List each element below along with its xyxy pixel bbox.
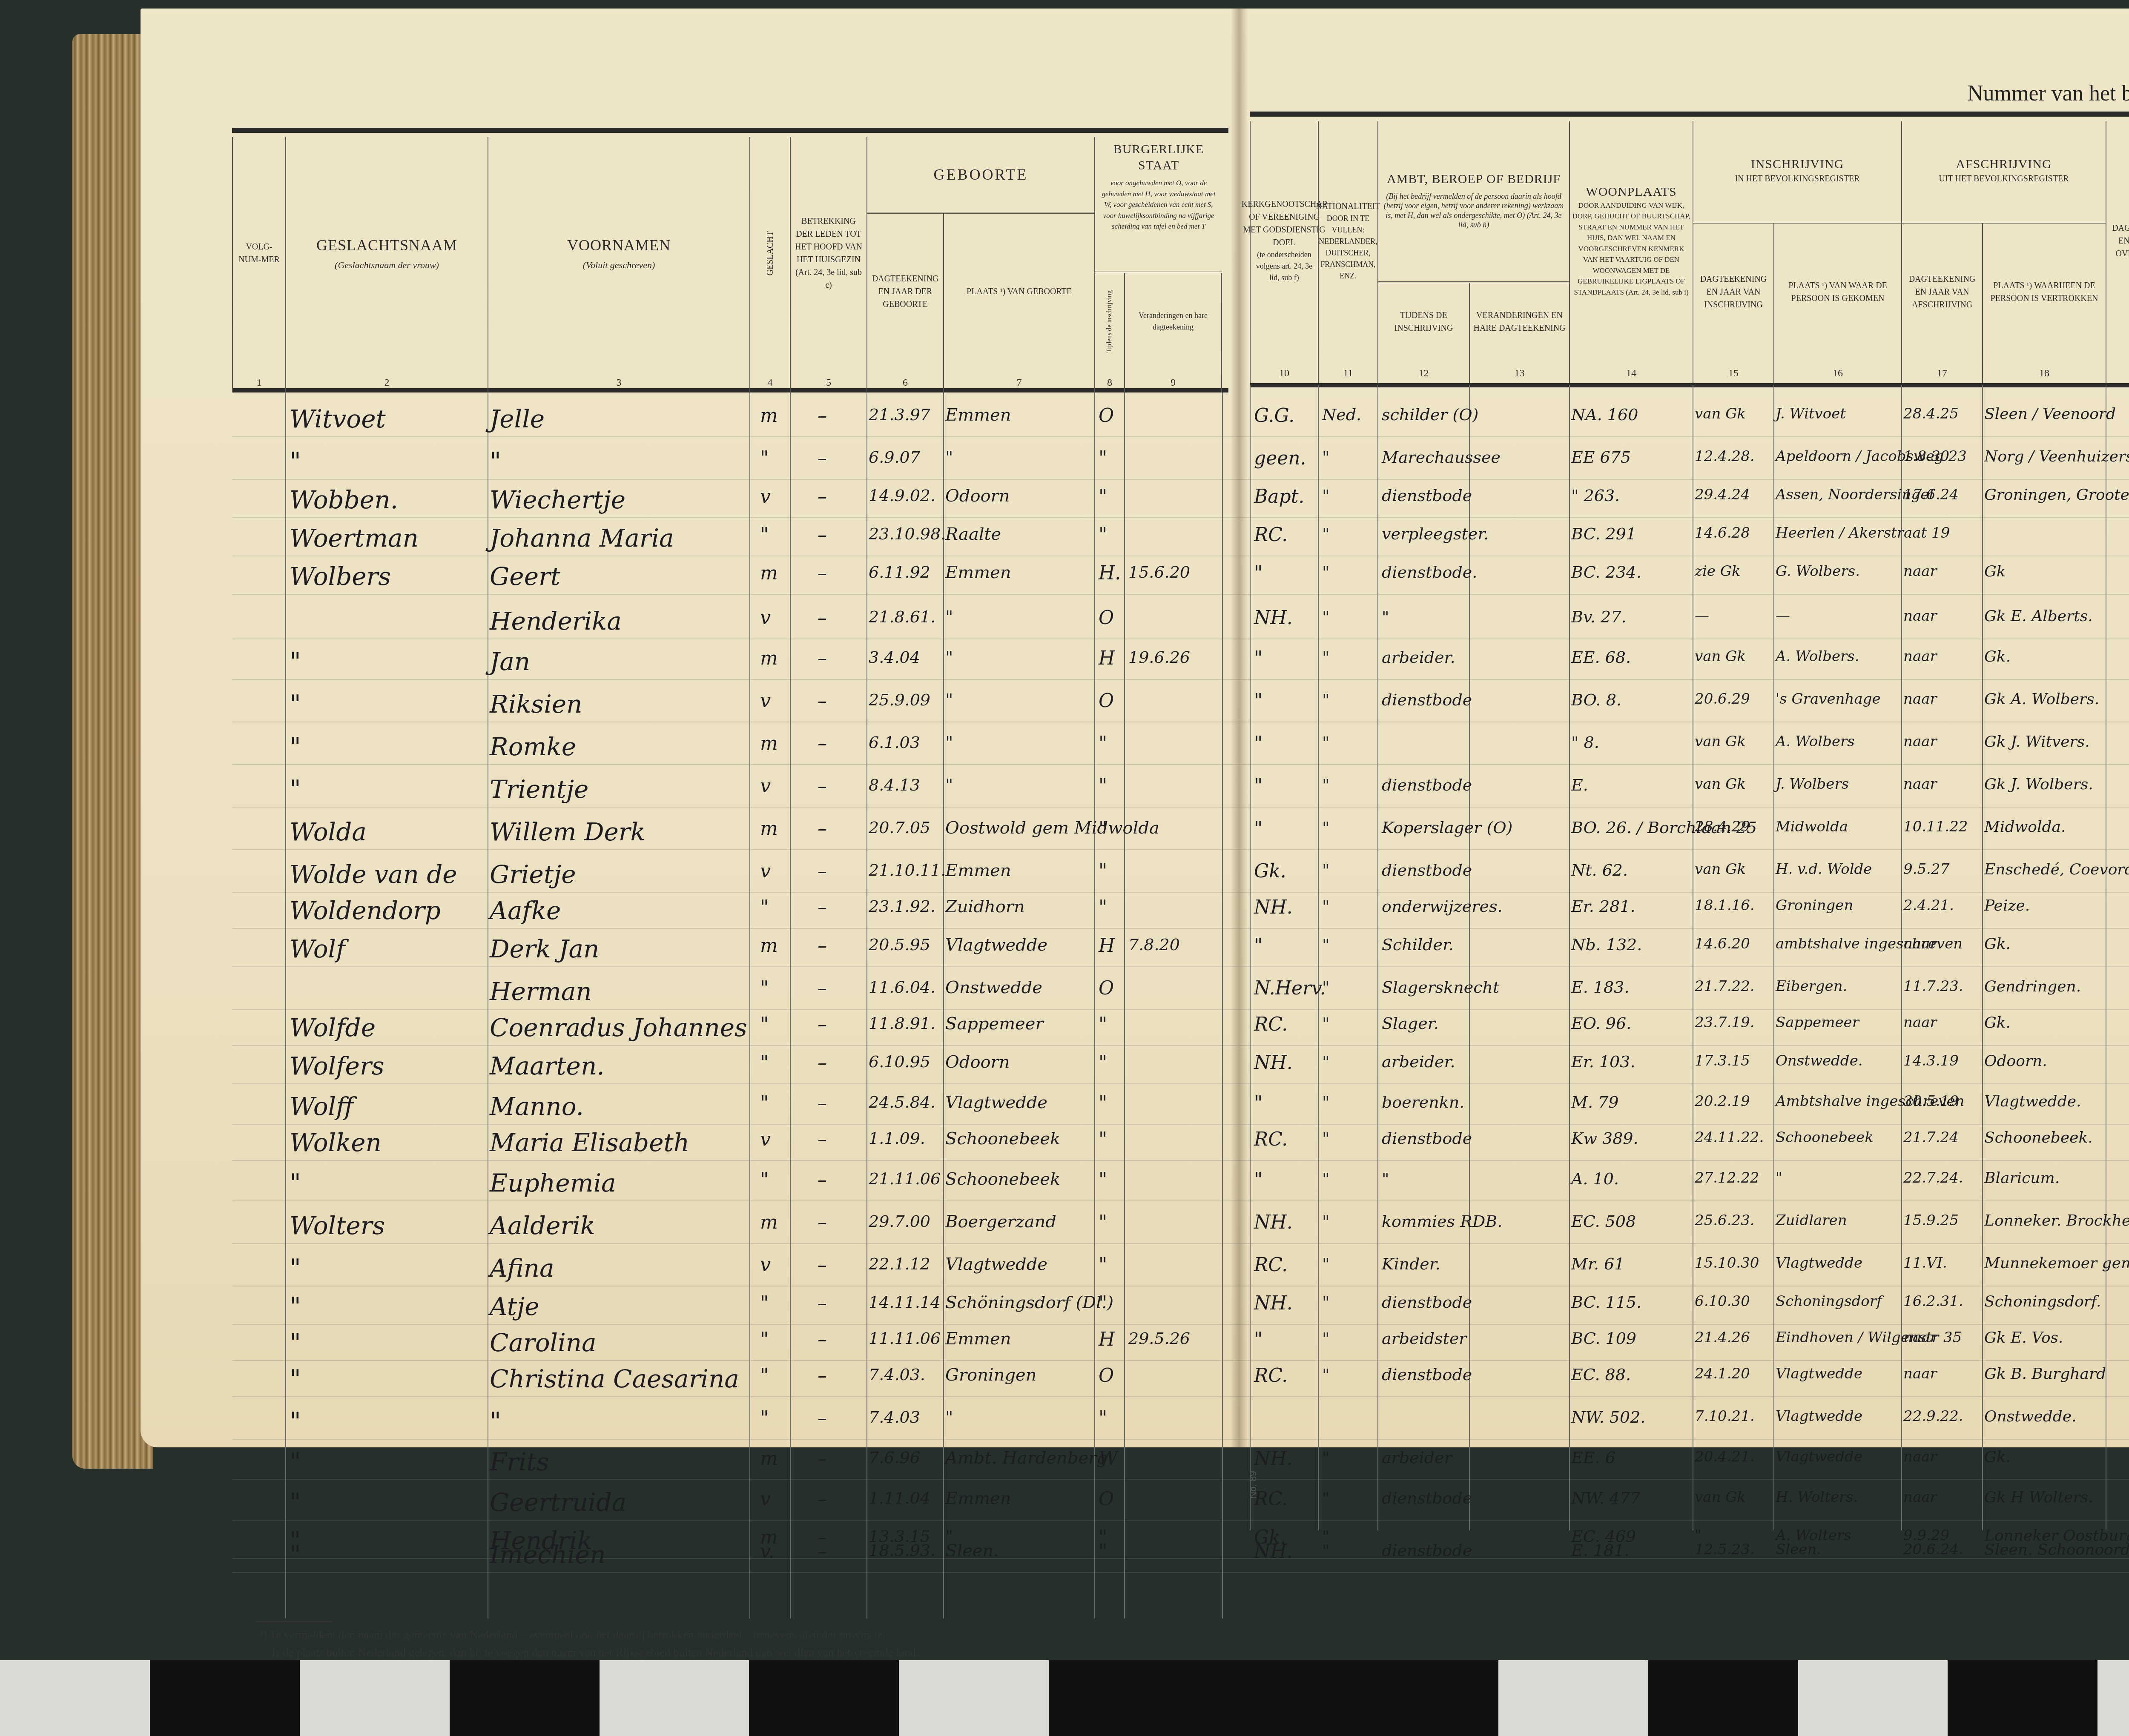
cell-sex: m: [760, 734, 778, 753]
cell-sex: v: [760, 862, 771, 881]
cell-surname: ": [290, 1294, 301, 1319]
cell-rel: –: [818, 1490, 827, 1509]
cell-out-date: 2.4.21.: [1903, 898, 1954, 913]
cell-birth: 29.7.00: [869, 1213, 930, 1229]
cell-address: Er. 281.: [1571, 898, 1635, 914]
cell-church: ": [1254, 692, 1262, 710]
cell-nat: ": [1322, 979, 1329, 995]
row-ruling: [232, 679, 2129, 680]
grid-line: [1222, 392, 1223, 1619]
cell-in-from: Sleen.: [1776, 1542, 1821, 1557]
cell-church: NH.: [1254, 898, 1293, 917]
row-ruling: [232, 556, 2129, 556]
cell-in-from: Vlagtwedde: [1776, 1409, 1862, 1424]
cell-church: ": [1254, 564, 1262, 583]
cell-job: arbeidster: [1382, 1330, 1467, 1346]
cell-given: ": [490, 449, 501, 474]
cell-nat: ": [1322, 937, 1329, 953]
cell-in-date: 12.4.28.: [1695, 449, 1755, 464]
cell-in-from: Eibergen.: [1776, 979, 1847, 994]
cell-church: RC.: [1254, 1015, 1288, 1034]
cell-place: Emmen: [945, 862, 1011, 879]
cell-nat: ": [1322, 1130, 1329, 1146]
cell-out-to: Gk.: [1984, 1015, 2011, 1031]
grid-line: [1901, 385, 1902, 1530]
cell-out-to: Groningen, Grootemarkt 12.: [1984, 487, 2129, 503]
cell-sex: v: [760, 777, 771, 796]
cell-address: BC. 234.: [1571, 564, 1641, 580]
cell-in-date: 25.6.23.: [1695, 1213, 1755, 1228]
cell-in-date: ": [1695, 1528, 1701, 1543]
col-header-10: KERKGENOOTSCHAP OF VEREENIGING MET GODSD…: [1250, 121, 1318, 383]
cell-church: RC.: [1254, 1130, 1288, 1149]
cell-nat: ": [1322, 1366, 1329, 1383]
cell-job: dienstbode: [1382, 862, 1472, 878]
cell-place: Vlagtwedde: [945, 937, 1047, 954]
cell-birth: 8.4.13: [869, 777, 920, 793]
cell-civil: ": [1099, 898, 1107, 917]
cell-rel: –: [818, 1256, 827, 1275]
cell-place: Groningen: [945, 1366, 1037, 1384]
cell-civil: ": [1099, 1094, 1107, 1113]
cell-job: verpleegster.: [1382, 526, 1489, 542]
cell-out-date: 11.7.23.: [1903, 979, 1963, 994]
row-ruling: [232, 1083, 2129, 1084]
cell-birth: 21.11.06: [869, 1171, 941, 1187]
cell-in-from: —: [1776, 609, 1790, 623]
cell-out-date: naar: [1903, 692, 1937, 706]
cell-in-date: 15.10.30: [1695, 1256, 1759, 1270]
cell-out-date: 14.3.19: [1903, 1054, 1959, 1068]
cell-in-date: 24.11.22.: [1695, 1130, 1764, 1145]
col-header-15: DAGTEEKENING EN JAAR VAN INSCHRIJVING 15: [1693, 223, 1773, 383]
group-header-inschrijving: INSCHRIJVING IN HET BEVOLKINGSREGISTER: [1693, 121, 1901, 223]
cell-in-from: A. Wolbers: [1776, 734, 1855, 749]
cell-sex: m: [760, 564, 778, 583]
cell-place: Vlagtwedde: [945, 1256, 1047, 1273]
cell-place: Odoorn: [945, 487, 1010, 504]
cell-birth: 14.11.14: [869, 1294, 941, 1310]
cell-out-date: naar: [1903, 734, 1937, 749]
cell-out-date: 10.11.22: [1903, 819, 1968, 834]
cell-nat: ": [1322, 564, 1329, 580]
cell-civil: ": [1099, 1015, 1107, 1034]
cell-rel: –: [818, 734, 827, 753]
cell-place: ": [945, 777, 953, 794]
cell-place: Schöningsdorf (Dl.): [945, 1294, 1113, 1311]
cell-sex: v: [760, 1490, 771, 1509]
cell-rel: –: [818, 1171, 827, 1189]
cell-civil: ": [1099, 1171, 1107, 1189]
cell-surname: Wolters: [290, 1213, 385, 1238]
cell-given: ": [490, 1409, 501, 1434]
cell-job: dienstbode: [1382, 1294, 1472, 1310]
cell-church: ": [1254, 649, 1262, 668]
cell-surname: ": [290, 1450, 301, 1474]
cell-job: arbeider: [1382, 1450, 1452, 1466]
row-ruling: [232, 1243, 2129, 1244]
cell-place: Emmen: [945, 1490, 1011, 1507]
row-ruling: [232, 1324, 2129, 1325]
cell-given: Coenradus Johannes: [490, 1015, 747, 1040]
cell-job: dienstbode: [1382, 777, 1472, 793]
cell-surname: Wolde van de: [290, 862, 457, 887]
cell-address: E. 181.: [1571, 1542, 1630, 1558]
cell-birth: 22.1.12: [869, 1256, 930, 1272]
cell-address: EE 675: [1571, 449, 1631, 465]
cell-job: dienstbode: [1382, 1366, 1472, 1383]
cell-surname: ": [290, 1490, 301, 1515]
color-scale-checkerboard: [0, 1660, 2129, 1736]
cell-in-from: J. Wolbers: [1776, 777, 1849, 791]
cell-sex: v: [760, 1256, 771, 1275]
cell-sex: ": [760, 526, 769, 544]
row-ruling: [232, 764, 2129, 765]
cell-rel: –: [818, 564, 827, 583]
cell-out-date: 11.VI.: [1903, 1256, 1947, 1270]
cell-church: NH.: [1254, 1054, 1293, 1072]
cell-rel: –: [818, 649, 827, 668]
cell-place: ": [945, 1409, 953, 1426]
cell-out-to: Peize.: [1984, 898, 2030, 914]
cell-rel: –: [818, 898, 827, 917]
cell-out-date: 15.9.25: [1903, 1213, 1959, 1228]
cell-civil: H.: [1099, 564, 1121, 583]
cell-sex: ": [760, 1294, 769, 1313]
cell-church: NH.: [1254, 1294, 1293, 1313]
cell-church: ": [1254, 1094, 1262, 1113]
cell-job: schilder (O): [1382, 407, 1478, 423]
cell-place: Schoonebeek: [945, 1130, 1060, 1147]
cell-civil: W: [1099, 1450, 1118, 1468]
cell-given: Jelle: [490, 407, 545, 431]
row-ruling: [232, 479, 2129, 480]
cell-out-date: 22.9.22.: [1903, 1409, 1963, 1424]
cell-address: EO. 96.: [1571, 1015, 1631, 1031]
cell-job: arbeider.: [1382, 1054, 1455, 1070]
cell-surname: Wolfde: [290, 1015, 376, 1040]
footnote-1-line-1: ¹) Te vermelden: den naam der gemeente v…: [260, 1626, 1239, 1644]
cell-church: ": [1254, 819, 1262, 838]
cell-nat: ": [1322, 1054, 1329, 1070]
cell-birth: 6.10.95: [869, 1054, 930, 1070]
grid-line: [1250, 385, 1251, 1530]
cell-out-to: Gk: [1984, 564, 2006, 579]
grid-line: [1469, 385, 1470, 1530]
cell-surname: ": [290, 1330, 301, 1355]
cell-civil: ": [1099, 1213, 1107, 1232]
cell-nat: ": [1322, 1015, 1329, 1031]
cell-in-from: Vlagtwedde: [1776, 1366, 1862, 1381]
cell-rel: –: [818, 1213, 827, 1232]
col-header-2: GESLACHTSNAAM (Geslachtsnaam der vrouw) …: [285, 137, 488, 392]
cell-surname: Wolken: [290, 1130, 382, 1155]
grid-line: [1318, 385, 1319, 1530]
cell-given: Wiechertje: [490, 487, 626, 512]
cell-nat: ": [1322, 692, 1329, 708]
cell-birth: 23.10.98.: [869, 526, 946, 542]
cell-given: Christina Caesarina: [490, 1366, 739, 1391]
cell-in-date: 21.7.22.: [1695, 979, 1755, 994]
cell-nat: ": [1322, 449, 1329, 465]
grid-line: [1569, 385, 1570, 1530]
cell-birth: 11.6.04.: [869, 979, 935, 995]
cell-place: Vlagtwedde: [945, 1094, 1047, 1111]
row-ruling: [232, 849, 2129, 850]
cell-in-from: A. Wolters: [1776, 1528, 1851, 1543]
cell-address: NA. 160: [1571, 407, 1638, 423]
cell-surname: Wolf: [290, 937, 345, 961]
cell-out-to: Onstwedde.: [1984, 1409, 2077, 1424]
cell-job: dienstbode: [1382, 692, 1472, 708]
cell-given: Johanna Maria: [490, 526, 674, 550]
cell-civil-change: 7.8.20: [1128, 937, 1180, 953]
cell-church: NH.: [1254, 609, 1293, 627]
cell-in-date: 7.10.21.: [1695, 1409, 1755, 1424]
cell-in-date: 12.5.23.: [1695, 1542, 1755, 1557]
cell-address: " 263.: [1571, 487, 1620, 504]
cell-out-date: 9.5.27: [1903, 862, 1949, 877]
row-ruling: [232, 1572, 2129, 1573]
cell-in-from: Heerlen / Akerstraat 19: [1776, 526, 1950, 540]
cell-sex: ": [760, 1171, 769, 1189]
group-header-geboorte: GEBOORTE: [867, 137, 1094, 214]
cell-rel: –: [818, 1409, 827, 1428]
cell-place: ": [945, 449, 953, 466]
cell-civil: ": [1099, 449, 1107, 468]
cell-out-to: Sleen. Schoonoord: [1984, 1542, 2129, 1558]
cell-church: RC.: [1254, 1490, 1288, 1509]
cell-in-from: ": [1776, 1171, 1782, 1185]
cell-civil: O: [1099, 1366, 1114, 1385]
cell-birth: 14.9.02.: [869, 487, 935, 504]
cell-civil: ": [1099, 734, 1107, 753]
cell-in-from: H. Wolters.: [1776, 1490, 1858, 1504]
cell-in-date: 20.2.19: [1695, 1094, 1750, 1109]
header-bottom-rule-right: [1250, 383, 2129, 387]
col-header-13: VERANDERINGEN EN HARE DAGTEEKENING 13: [1469, 283, 1569, 383]
cell-job: Slagersknecht: [1382, 979, 1499, 995]
cell-given: Riksien: [490, 692, 582, 716]
cell-birth: 21.8.61.: [869, 609, 935, 625]
cell-job: dienstbode: [1382, 1490, 1472, 1506]
cell-place: ": [945, 609, 953, 626]
cell-in-date: —: [1695, 609, 1709, 623]
cell-surname: ": [290, 1256, 301, 1281]
cell-job: Kinder.: [1382, 1256, 1440, 1272]
cell-given: Frits: [490, 1450, 549, 1474]
cell-address: BC. 291: [1571, 526, 1636, 542]
cell-rel: –: [818, 819, 827, 838]
cell-civil: O: [1099, 609, 1114, 627]
cell-birth: 23.1.92.: [869, 898, 935, 914]
cell-in-date: 17.3.15: [1695, 1054, 1750, 1068]
cell-in-date: 6.10.30: [1695, 1294, 1750, 1309]
cell-address: BO. 8.: [1571, 692, 1621, 708]
cell-civil: O: [1099, 407, 1114, 425]
cell-sex: v: [760, 487, 771, 506]
cell-surname: Wolda: [290, 819, 367, 844]
cell-civil: O: [1099, 1490, 1114, 1509]
cell-civil: H: [1099, 1330, 1115, 1349]
cell-given: Manno.: [490, 1094, 584, 1119]
cell-job: onderwijzeres.: [1382, 898, 1503, 914]
row-ruling: [232, 1396, 2129, 1397]
cell-civil: ": [1099, 819, 1107, 838]
cell-given: Aafke: [490, 898, 561, 923]
cell-in-date: 14.6.28: [1695, 526, 1750, 540]
cell-rel: –: [818, 1366, 827, 1385]
cell-civil: ": [1099, 1256, 1107, 1275]
cell-surname: ": [290, 1171, 301, 1195]
grid-line: [488, 392, 488, 1619]
cell-address: Kw 389.: [1571, 1130, 1638, 1146]
cell-sex: ": [760, 1015, 769, 1034]
cell-out-date: naar: [1903, 609, 1937, 623]
grid-line: [867, 392, 867, 1619]
cell-out-to: Midwolda.: [1984, 819, 2066, 835]
cell-in-from: Midwolda: [1776, 819, 1848, 834]
cell-sex: m: [760, 1213, 778, 1232]
cell-out-date: naar: [1903, 1330, 1937, 1345]
grid-line: [790, 392, 791, 1619]
cell-rel: –: [818, 937, 827, 955]
group-header-afschrijving: AFSCHRIJVING UIT HET BEVOLKINGSREGISTER: [1901, 121, 2106, 223]
cell-out-date: naar: [1903, 1366, 1937, 1381]
cell-civil: ": [1099, 862, 1107, 881]
cell-given: Grietje: [490, 862, 576, 887]
cell-out-to: Munnekemoer gem. Vlagtwedde.: [1984, 1256, 2129, 1271]
row-ruling: [232, 517, 2129, 518]
cell-in-from: Zuidlaren: [1776, 1213, 1847, 1228]
col-header-5: BETREKKING DER LEDEN TOT HET HOOFD VAN H…: [790, 137, 867, 392]
row-ruling: [232, 1479, 2129, 1480]
cell-in-date: 18.1.16.: [1695, 898, 1755, 913]
cell-place: Ambt. Hardenberg: [945, 1450, 1108, 1467]
cell-rel: –: [818, 526, 827, 544]
cell-place: Onstwedde: [945, 979, 1042, 996]
cell-given: Geert: [490, 564, 560, 589]
cell-nat: ": [1322, 1171, 1329, 1187]
cell-in-from: Groningen: [1776, 898, 1853, 913]
sheet-number-label: Nummer van het blad: [1967, 81, 2129, 106]
cell-out-date: naar: [1903, 1490, 1937, 1504]
cell-surname: Woldendorp: [290, 898, 441, 923]
cell-place: Boergerzand: [945, 1213, 1056, 1230]
cell-place: Sappemeer: [945, 1015, 1044, 1032]
cell-out-date: naar: [1903, 937, 1937, 951]
cell-in-date: van Gk: [1695, 862, 1746, 877]
cell-out-to: Sleen / Veenoord: [1984, 407, 2116, 422]
cell-church: RC.: [1254, 1366, 1288, 1385]
cell-church: Bapt.: [1254, 487, 1304, 506]
cell-out-date: naar: [1903, 1450, 1937, 1464]
cell-surname: ": [290, 1542, 301, 1567]
cell-place: Sleen.: [945, 1542, 999, 1559]
cell-in-date: 14.6.20: [1695, 937, 1750, 951]
cell-place: Raalte: [945, 526, 1001, 543]
group-header-ambt: AMBT, BEROEP OF BEDRIJF (Bij het bedrijf…: [1377, 121, 1569, 283]
cell-sex: ": [760, 1409, 769, 1428]
cell-rel: –: [818, 692, 827, 710]
col-header-9: Veranderingen en hare dagteekening 9: [1124, 273, 1222, 392]
cell-rel: –: [818, 449, 827, 468]
cell-in-from: A. Wolbers.: [1776, 649, 1859, 664]
row-ruling: [232, 1124, 2129, 1125]
cell-address: BC. 109: [1571, 1330, 1636, 1346]
col-header-6: DAGTEEKENING EN JAAR DER GEBOORTE 6: [867, 214, 943, 392]
cell-out-to: Gk.: [1984, 937, 2011, 952]
grid-line: [285, 392, 286, 1619]
cell-nat: ": [1322, 1542, 1329, 1558]
cell-out-date: naar: [1903, 1015, 1937, 1030]
cell-job: ": [1382, 1171, 1389, 1187]
cell-address: NW. 477: [1571, 1490, 1640, 1506]
cell-job: ": [1382, 609, 1389, 625]
cell-birth: 1.1.09.: [869, 1130, 925, 1146]
cell-civil: ": [1099, 1130, 1107, 1149]
cell-in-from: Onstwedde.: [1776, 1054, 1863, 1068]
cell-in-date: van Gk: [1695, 407, 1746, 421]
cell-nat: ": [1322, 1330, 1329, 1346]
cell-rel: –: [818, 609, 827, 627]
cell-address: E.: [1571, 777, 1588, 793]
grid-line: [1693, 385, 1693, 1530]
cell-place: Oostwold gem Midwolda: [945, 819, 1159, 836]
cell-given: Euphemia: [490, 1171, 616, 1195]
cell-place: Emmen: [945, 407, 1011, 424]
cell-church: ": [1254, 777, 1262, 796]
cell-civil-change: 19.6.26: [1128, 649, 1190, 665]
cell-out-to: Gk A. Wolbers.: [1984, 692, 2099, 707]
cell-birth: 24.5.84.: [869, 1094, 935, 1110]
cell-nat: ": [1322, 1213, 1329, 1229]
cell-out-to: Gk E. Alberts.: [1984, 609, 2093, 624]
col-header-18: PLAATS ¹) WAARHEEN DE PERSOON IS VERTROK…: [1982, 223, 2106, 383]
cell-out-to: Blaricum.: [1984, 1171, 2060, 1186]
row-ruling: [232, 807, 2129, 808]
cell-church: RC.: [1254, 1256, 1288, 1275]
cell-out-date: 17.6.24: [1903, 487, 1959, 502]
header-top-rule-right: [1250, 112, 2129, 117]
cell-birth: 3.4.04: [869, 649, 920, 665]
cell-sex: m: [760, 1450, 778, 1468]
cell-church: Gk.: [1254, 862, 1286, 881]
cell-out-date: 20.6.24.: [1903, 1542, 1963, 1557]
cell-civil: ": [1099, 777, 1107, 796]
cell-given: Jan: [490, 649, 530, 674]
col-header-16: PLAATS ¹) VAN WAAR DE PERSOON IS GEKOMEN…: [1773, 223, 1901, 383]
cell-church: NH.: [1254, 1542, 1293, 1561]
cell-church: RC.: [1254, 526, 1288, 544]
cell-out-to: Gk E. Vos.: [1984, 1330, 2063, 1346]
cell-address: NW. 502.: [1571, 1409, 1645, 1425]
cell-address: Nt. 62.: [1571, 862, 1628, 878]
col-header-7: PLAATS ¹) VAN GEBOORTE 7: [943, 214, 1094, 392]
row-ruling: [232, 1286, 2129, 1286]
cell-in-date: van Gk: [1695, 777, 1746, 791]
cell-church: ": [1254, 937, 1262, 955]
cell-job: Slager.: [1382, 1015, 1439, 1031]
cell-in-date: 20.4.21.: [1695, 1450, 1755, 1464]
cell-place: Emmen: [945, 1330, 1011, 1347]
cell-given: Willem Derk: [490, 819, 646, 844]
cell-sex: m: [760, 649, 778, 668]
cell-job: dienstbode: [1382, 487, 1472, 504]
cell-address: " 8.: [1571, 734, 1599, 751]
cell-surname: Wolff: [290, 1094, 353, 1119]
cell-out-date: 16.2.31.: [1903, 1294, 1963, 1309]
